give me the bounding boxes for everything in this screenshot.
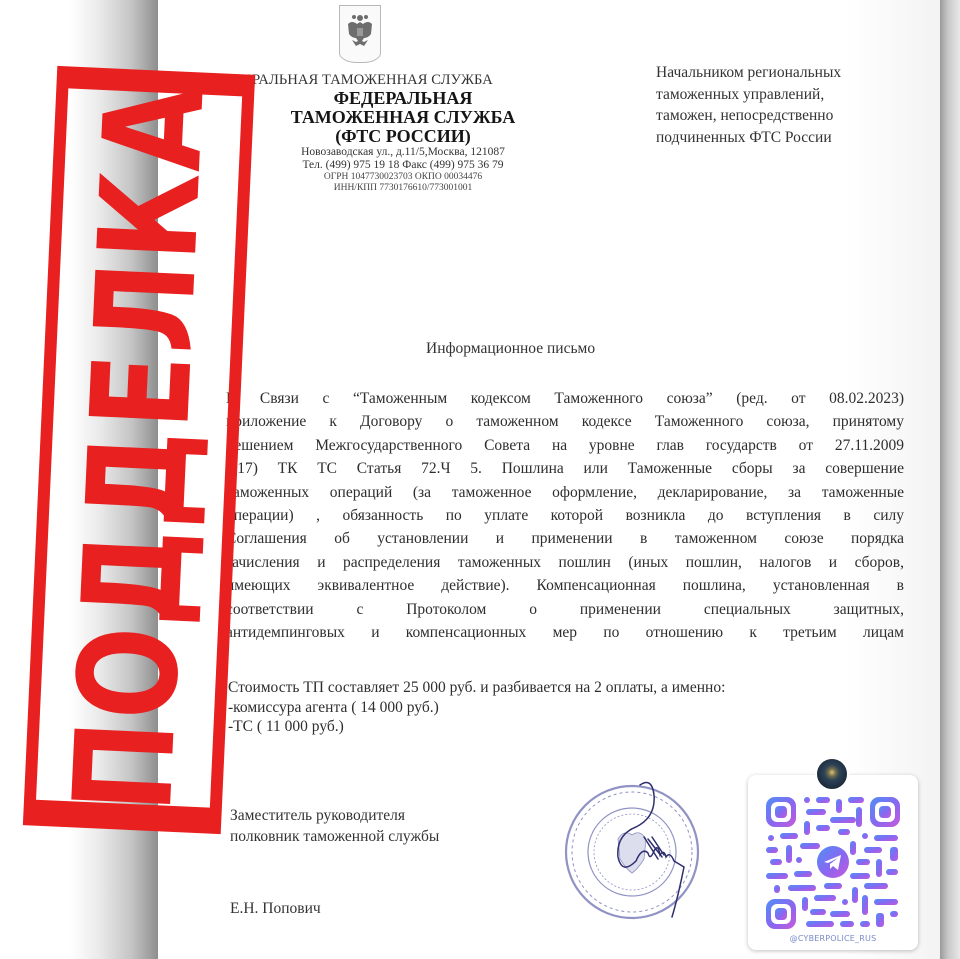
fake-stamp-text: ПОДДЕЛКА: [52, 49, 226, 846]
qr-code[interactable]: [766, 795, 900, 929]
body-line: N17) ТК ТС Статья 72.Ч 5. Пошлина или Та…: [226, 457, 904, 480]
body-line: В Связи с “Таможенным кодексом Таможенно…: [226, 387, 904, 410]
cost-item: -комиссура агента ( 14 000 руб.): [228, 698, 725, 718]
letterhead: ЕРАЛЬНАЯ ТАМОЖЕННАЯ СЛУЖБА ФЕДЕРАЛЬНАЯ Т…: [218, 72, 588, 194]
cost-block: Стоимость ТП составляет 25 000 руб. и ра…: [228, 678, 725, 737]
org-name-line-3: (ФТС РОССИИ): [218, 127, 588, 146]
cost-item: -ТС ( 11 000 руб.): [228, 717, 725, 737]
signatory-position-line: полковник таможенной службы: [230, 826, 439, 847]
coat-of-arms-icon: [339, 5, 381, 63]
official-seal-icon: [560, 777, 710, 927]
signatory-position-line: Заместитель руководителя: [230, 805, 439, 826]
org-address: Новозаводская ул., д.11/5,Москва, 121087: [218, 146, 588, 159]
background-right-shadow: [940, 0, 960, 959]
org-name-line-1: ФЕДЕРАЛЬНАЯ: [218, 89, 588, 108]
body-line: приложение к Договору о таможенном кодек…: [226, 410, 904, 433]
addressee-line: таможен, непосредственно: [656, 105, 896, 127]
addressee-line: Начальником региональных: [656, 62, 896, 84]
body-line: антидемпинговых и компенсационных мер по…: [226, 621, 904, 644]
body-line: зачисления и распределения таможенных по…: [226, 551, 904, 574]
signatory-name: Е.Н. Попович: [230, 900, 321, 918]
letter-body: В Связи с “Таможенным кодексом Таможенно…: [226, 387, 904, 644]
body-line: операции) , обязанность по уплате которо…: [226, 504, 904, 527]
body-line: имеющих эквивалентное действие). Компенс…: [226, 574, 904, 597]
fake-stamp: ПОДДЕЛКА: [23, 66, 255, 834]
addressee-line: подчиненных ФТС России: [656, 127, 896, 149]
org-ogrn-okpo: ОГРН 1047730023703 ОКПО 00034476: [218, 172, 588, 183]
body-line: Соглашения об установлении и применении …: [226, 527, 904, 550]
addressee-line: таможенных управлений,: [656, 84, 896, 106]
org-phone-fax: Тел. (499) 975 19 18 Факс (499) 975 36 7…: [218, 159, 588, 172]
body-line: Решением Межгосударственного Совета на у…: [226, 434, 904, 457]
signatory-position: Заместитель руководителя полковник тамож…: [230, 805, 439, 847]
channel-avatar-icon: [815, 757, 849, 791]
qr-handle-label: @CYBERPOLICE_RUS: [748, 934, 918, 943]
body-line: соответствии с Протоколом о применении с…: [226, 598, 904, 621]
letter-title: Информационное письмо: [426, 340, 595, 358]
body-line: таможенных операций (за таможенное оформ…: [226, 481, 904, 504]
cost-summary: Стоимость ТП составляет 25 000 руб. и ра…: [228, 678, 725, 698]
org-name-line-2: ТАМОЖЕННАЯ СЛУЖБА: [218, 108, 588, 127]
addressee-block: Начальником региональных таможенных упра…: [656, 62, 896, 148]
org-inn-kpp: ИНН/КПП 7730176610/773001001: [218, 183, 588, 194]
